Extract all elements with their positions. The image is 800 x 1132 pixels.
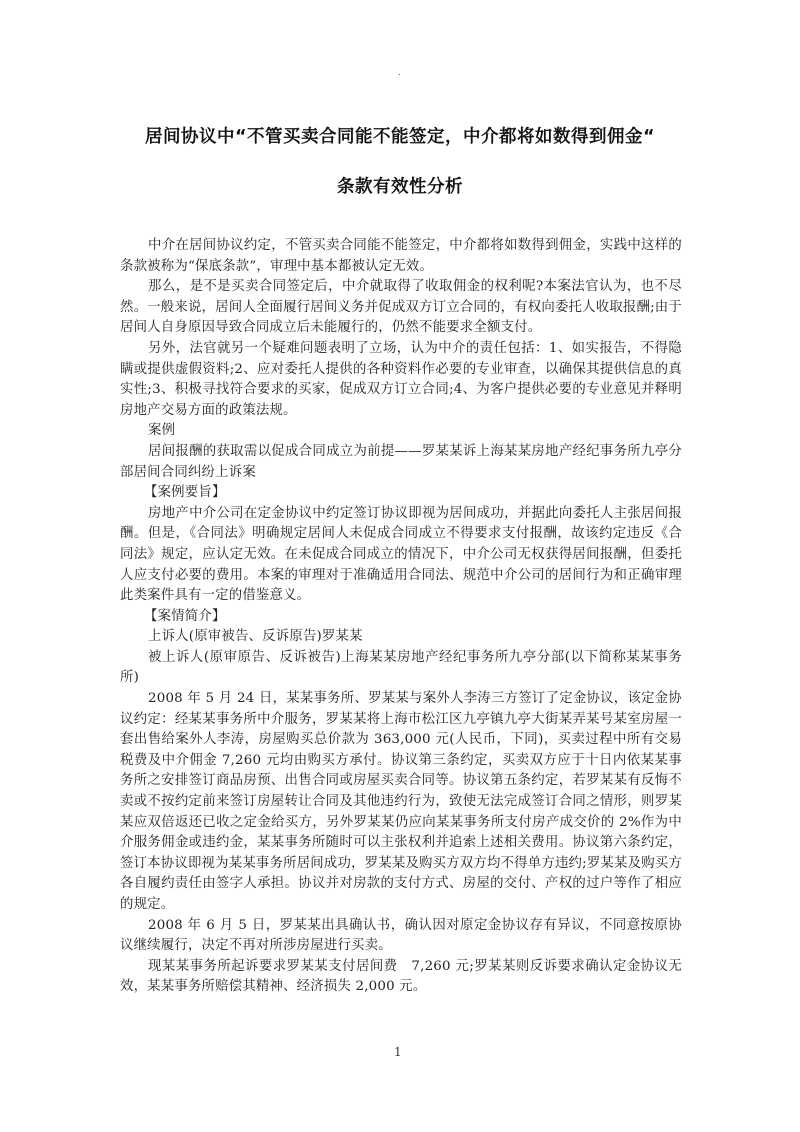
paragraph-intermediary-duties: 另外，法官就另一个疑难问题表明了立场，认为中介的责任包括：1、如实报告，不得隐瞒… <box>120 339 682 421</box>
paragraph-question: 那么，是不是买卖合同签定后，中介就取得了收取佣金的权利呢?本案法官认为，也不尽然… <box>120 277 682 339</box>
paragraph-appellant: 上诉人(原审被告、反诉原告)罗某某 <box>120 627 682 648</box>
section-heading-case-facts: 【案情简介】 <box>120 607 682 628</box>
paragraph-agreement-details: 2008 年 5 月 24 日，某某事务所、罗某某与案外人李涛三方签订了定金协议… <box>120 689 682 916</box>
case-title: 居间报酬的获取需以促成合同成立为前提——罗某某诉上海某某房地产经纪事务所九亭分部… <box>120 442 682 483</box>
document-title-line-2: 条款有效性分析 <box>100 173 700 198</box>
paragraph-appellee: 被上诉人(原审原告、反诉被告)上海某某房地产经纪事务所九亭分部(以下简称某某事务… <box>120 648 682 689</box>
section-heading-case-summary: 【案例要旨】 <box>120 483 682 504</box>
paragraph-intro: 中介在居间协议约定，不管买卖合同能不能签定，中介都将如数得到佣金，实践中这样的条… <box>120 236 682 277</box>
paragraph-claims: 现某某事务所起诉要求罗某某支付居间费 7,260 元;罗某某则反诉要求确认定金协… <box>120 957 682 998</box>
paragraph-case-summary: 房地产中介公司在定金协议中约定签订协议即视为居间成功，并据此向委托人主张居间报酬… <box>120 504 682 607</box>
header-dot: . <box>398 69 401 77</box>
paragraph-confirmation: 2008 年 6 月 5 日，罗某某出具确认书，确认因对原定金协议存有异议，不同… <box>120 916 682 957</box>
section-label-case: 案例 <box>120 421 682 442</box>
document-body: 中介在居间协议约定，不管买卖合同能不能签定，中介都将如数得到佣金，实践中这样的条… <box>120 236 682 998</box>
document-title-line-1: 居间协议中“不管买卖合同能不能签定，中介都将如数得到佣金“ <box>100 123 700 148</box>
page-number: 1 <box>394 1045 402 1059</box>
